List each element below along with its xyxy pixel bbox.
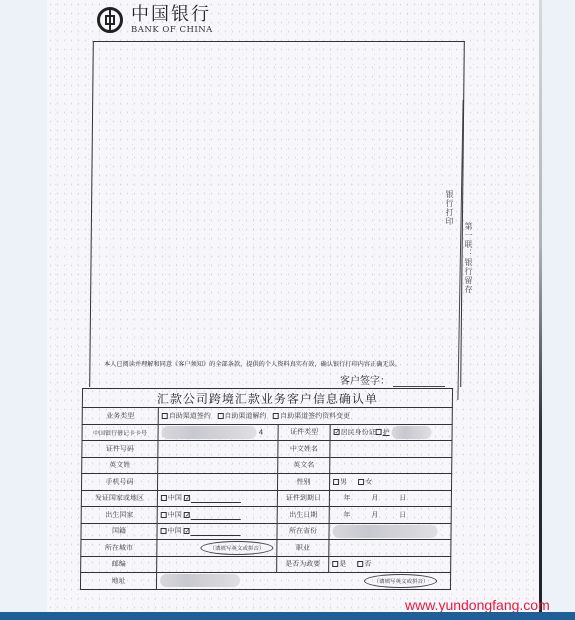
form-title: 汇款公司跨境汇款业务客户信息确认单	[82, 389, 452, 408]
table-row: 国籍 中国 所在省份	[81, 523, 451, 540]
checkbox-checked[interactable]	[184, 495, 190, 501]
occupation-value[interactable]	[329, 540, 451, 557]
checkbox[interactable]	[333, 479, 339, 485]
english-surname-value[interactable]	[158, 457, 278, 474]
mobile-value[interactable]	[157, 474, 277, 491]
pep-label: 是否为政要	[277, 556, 329, 573]
nationality-value: 中国	[157, 523, 277, 540]
checkbox[interactable]	[332, 561, 338, 567]
checkbox[interactable]	[358, 479, 364, 485]
province-label: 所在省份	[277, 523, 329, 540]
chinese-name-value[interactable]	[330, 441, 452, 458]
id-number-value[interactable]	[158, 441, 278, 458]
issuing-country-value: 中国	[157, 490, 277, 507]
table-row: 邮编 是否为政要 是 否	[81, 556, 451, 573]
table-row: 出生国家 中国 出生日期 年月日	[81, 507, 451, 524]
table-row: 地址 （请填写英文或拼音）	[80, 573, 450, 590]
nationality-label: 国籍	[81, 523, 157, 540]
checkbox-checked[interactable]	[184, 512, 190, 518]
table-row: 业务类型 自助渠道签约 自助渠道解约 自助渠道签约资料变更	[82, 408, 452, 425]
declaration-text: 本人已阅读并理解和同意《客户须知》的全部条款，提供的个人资料真实有效，确认银行打…	[104, 359, 401, 368]
signature-field: 客户签字：	[340, 372, 445, 387]
pep-options: 是 否	[329, 556, 451, 573]
id-expiry-label: 证件到期日	[277, 490, 329, 507]
watermark-link: www.yundongfang.com	[405, 597, 550, 613]
signature-label: 客户签字：	[340, 372, 390, 387]
chinese-name-label: 中文姓名	[278, 441, 330, 458]
issuing-country-label: 发证国家或地区	[81, 490, 157, 507]
redacted-value	[332, 525, 437, 538]
bank-print-area	[89, 41, 465, 387]
customer-info-form: 汇款公司跨境汇款业务客户信息确认单 业务类型 自助渠道签约 自助渠道解约 自助渠…	[80, 388, 453, 590]
birth-country-label: 出生国家	[81, 507, 157, 524]
table-row: 英文姓 英文名	[82, 457, 452, 474]
redacted-value	[160, 574, 240, 587]
checkbox-checked[interactable]	[184, 528, 190, 534]
table-row: 手机号码 性别 男 女	[81, 474, 451, 491]
bank-name-cn: 中国银行	[131, 5, 213, 25]
address-hint: （请填写英文或拼音）	[364, 574, 437, 588]
city-label: 所在城市	[81, 540, 157, 557]
english-given-name-value[interactable]	[330, 457, 452, 474]
birth-country-value: 中国	[157, 507, 277, 524]
business-type-options: 自助渠道签约 自助渠道解约 自助渠道签约资料变更	[158, 408, 452, 425]
checkbox[interactable]	[376, 429, 382, 435]
debit-card-label: 中国银行借记卡卡号	[82, 424, 158, 441]
id-expiry-value[interactable]: 年月日	[329, 490, 451, 507]
redacted-value	[162, 426, 257, 439]
table-row: 证件号码 中文姓名	[82, 441, 452, 458]
checkbox[interactable]	[161, 495, 167, 501]
birth-date-label: 出生日期	[277, 507, 329, 524]
bank-logo: 中国银行 BANK OF CHINA	[97, 5, 213, 35]
blank-line[interactable]	[191, 527, 241, 536]
checkbox[interactable]	[217, 413, 223, 419]
city-hint: （请填写英文或拼音）	[200, 541, 273, 555]
english-surname-label: 英文姓	[82, 457, 158, 474]
side-label-copy: 第一联：银行留存	[463, 222, 474, 294]
checkbox[interactable]	[357, 561, 363, 567]
table-row: 所在城市 （请填写英文或拼音） 职业	[81, 540, 451, 557]
signature-line	[393, 376, 445, 387]
bank-name-en: BANK OF CHINA	[131, 25, 213, 35]
side-label-bank-print: 银行打印	[444, 190, 455, 226]
gender-options: 男 女	[329, 474, 451, 491]
table-row: 中国银行借记卡卡号 4 证件类型 居民身份证护	[82, 424, 452, 441]
address-label: 地址	[80, 573, 156, 590]
occupation-label: 职业	[277, 540, 329, 557]
checkbox-checked[interactable]	[334, 429, 340, 435]
id-type-value: 居民身份证护	[330, 424, 452, 441]
id-type-label: 证件类型	[278, 424, 330, 441]
blank-line[interactable]	[191, 494, 241, 503]
redacted-value	[392, 426, 432, 439]
province-value[interactable]	[329, 523, 451, 540]
blank-line[interactable]	[191, 511, 241, 520]
debit-card-value[interactable]: 4	[158, 424, 278, 441]
birth-date-value[interactable]: 年月日	[329, 507, 451, 524]
business-type-label: 业务类型	[82, 408, 158, 425]
postcode-value[interactable]	[157, 556, 277, 573]
checkbox[interactable]	[273, 413, 279, 419]
checkbox[interactable]	[161, 528, 167, 534]
checkbox[interactable]	[162, 413, 168, 419]
gender-label: 性别	[277, 474, 329, 491]
page-edge-shadow	[539, 0, 542, 612]
city-value[interactable]: （请填写英文或拼音）	[157, 540, 277, 557]
checkbox[interactable]	[161, 512, 167, 518]
mobile-label: 手机号码	[81, 474, 157, 491]
english-given-name-label: 英文名	[278, 457, 330, 474]
postcode-label: 邮编	[81, 556, 157, 573]
table-row: 发证国家或地区 中国 证件到期日 年月日	[81, 490, 451, 507]
id-number-label: 证件号码	[82, 441, 158, 458]
bottom-bar	[0, 612, 575, 620]
bank-of-china-emblem-icon	[97, 7, 123, 33]
address-value[interactable]: （请填写英文或拼音）	[156, 573, 450, 590]
